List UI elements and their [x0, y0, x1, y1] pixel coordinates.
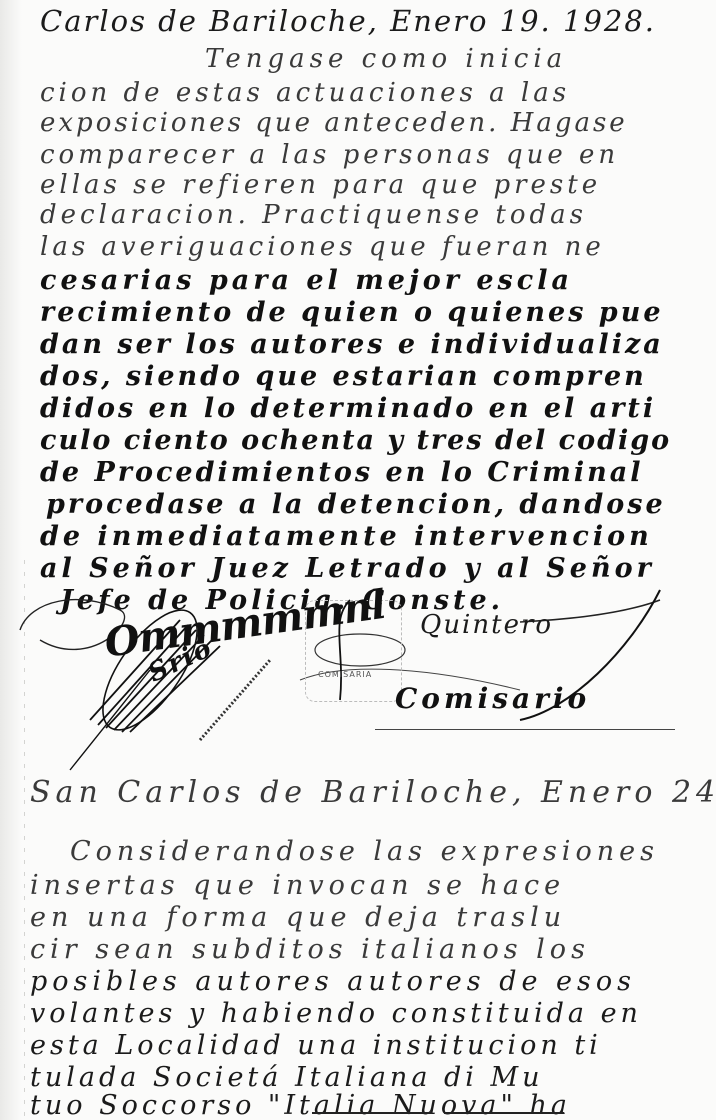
text-line: esta Localidad una institucion ti: [30, 1030, 602, 1061]
text-line: Considerandose las expresiones: [70, 836, 659, 867]
right-signature-title: Comisario: [395, 682, 590, 715]
text-line: didos en lo determinado en el arti: [40, 393, 656, 424]
text-line: de Procedimientos en lo Criminal: [40, 457, 644, 488]
text-line: cesarias para el mejor escla: [40, 265, 573, 296]
text-line: exposiciones que anteceden. Hagase: [40, 108, 628, 138]
stamp-text: COMISARIA: [318, 670, 372, 679]
text-line: ellas se refieren para que preste: [40, 170, 601, 200]
text-line: en una forma que deja traslu: [30, 902, 566, 933]
text-line: procedase a la detencion, dandose: [46, 489, 666, 520]
section1-header: Carlos de Bariloche, Enero 19. 1928.: [40, 4, 656, 38]
text-line: de inmediatamente intervencion: [40, 521, 653, 552]
text-line: tuo Soccorso "Italia Nuova" ha: [30, 1090, 571, 1120]
underline-italia: [312, 1112, 432, 1114]
text-line: cir sean subditos italianos los: [30, 934, 590, 965]
document-page: Carlos de Bariloche, Enero 19. 1928. Ten…: [0, 0, 716, 1120]
signature-rule: [375, 729, 675, 730]
text-line: comparecer a las personas que en: [40, 140, 619, 170]
text-line: volantes y habiendo constituida en: [30, 998, 642, 1029]
text-line: declaracion. Practiquense todas: [40, 200, 587, 230]
text-line: las averiguaciones que fueran ne: [40, 232, 605, 262]
section2-header: San Carlos de Bariloche, Enero 24/928.: [30, 775, 716, 810]
text-line: posibles autores autores de esos: [30, 966, 636, 997]
right-signature: Quintero: [420, 610, 553, 640]
text-line: culo ciento ochenta y tres del codigo: [40, 425, 671, 456]
text-line: cion de estas actuaciones a las: [40, 78, 570, 108]
text-line: dan ser los autores e individualiza: [40, 329, 664, 360]
text-line: Tengase como inicia: [205, 44, 567, 74]
text-line: tulada Societá Italiana di Mu: [30, 1062, 544, 1093]
underline-nuova: [444, 1112, 564, 1114]
text-line: insertas que invocan se hace: [30, 870, 565, 901]
text-line: recimiento de quien o quienes pue: [40, 297, 664, 328]
text-line: dos, siendo que estarian compren: [40, 361, 647, 392]
